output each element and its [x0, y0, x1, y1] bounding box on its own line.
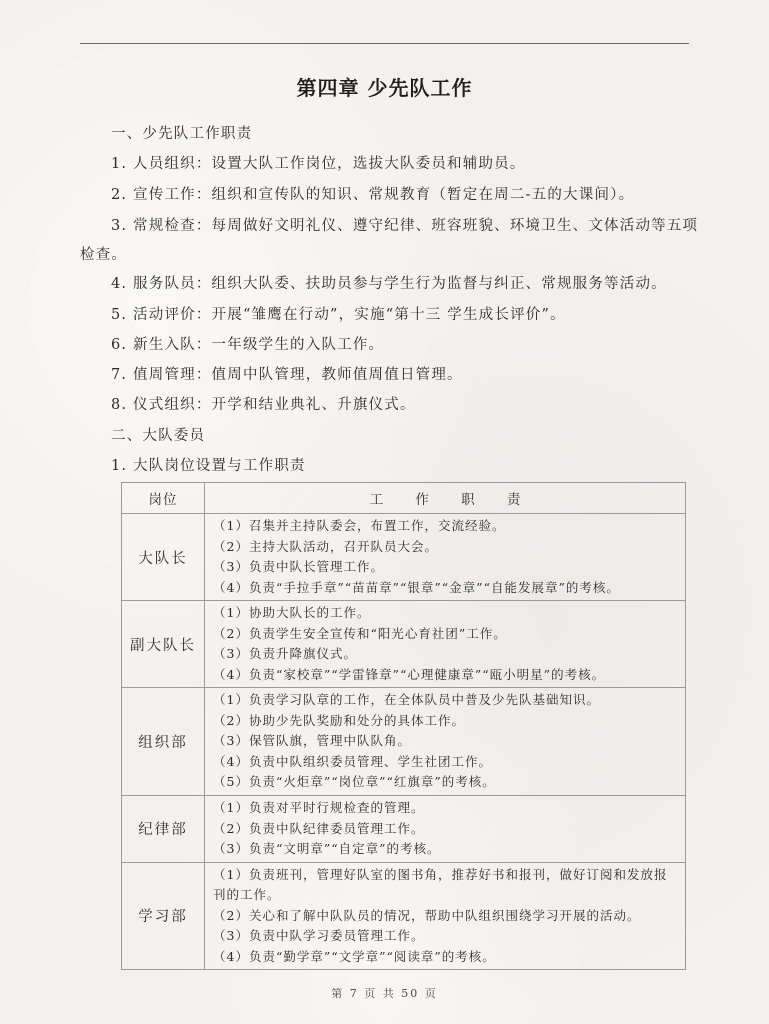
duty-line: （1）负责班刊，管理好队室的图书角，推荐好书和报刊，做好订阅和发放报刊的工作。	[213, 865, 675, 906]
position-cell: 纪律部	[122, 796, 205, 863]
list-item: 7. 值周管理：值周中队管理，教师值周值日管理。	[111, 363, 463, 384]
list-item: 5. 活动评价：开展“雏鹰在行动”，实施“第十三 学生成长评价”。	[111, 303, 566, 324]
table-row: 纪律部 （1）负责对平时行规检查的管理。 （2）负责中队纪律委员管理工作。 （3…	[122, 796, 686, 863]
duty-line: （1）召集并主持队委会，布置工作，交流经验。	[213, 516, 675, 537]
duties-cell: （1）负责对平时行规检查的管理。 （2）负责中队纪律委员管理工作。 （3）负责“…	[205, 796, 686, 863]
duty-table: 岗位 工 作 职 责 大队长 （1）召集并主持队委会，布置工作，交流经验。 （2…	[121, 482, 686, 970]
duties-cell: （1）协助大队长的工作。 （2）负责学生安全宣传和“阳光心育社团”工作。 （3）…	[205, 601, 686, 688]
list-item: 8. 仪式组织：开学和结业典礼、升旗仪式。	[111, 393, 416, 414]
duty-line: （4）负责“家校章”“学雷锋章”“心理健康章”“瓯小明星”的考核。	[213, 665, 675, 686]
duty-line: （5）负责“火炬章”“岗位章”“红旗章”的考核。	[213, 772, 675, 793]
duty-line: （2）负责中队纪律委员管理工作。	[213, 819, 675, 840]
position-cell: 副大队长	[122, 601, 205, 688]
section-heading-duties: 一、少先队工作职责	[111, 122, 252, 143]
table-row: 学习部 （1）负责班刊，管理好队室的图书角，推荐好书和报刊，做好订阅和发放报刊的…	[122, 862, 686, 970]
list-item: 2. 宣传工作：组织和宣传队的知识、常规教育（暂定在周二-五的大课间）。	[111, 183, 634, 204]
table-row: 副大队长 （1）协助大队长的工作。 （2）负责学生安全宣传和“阳光心育社团”工作…	[122, 601, 686, 688]
list-item: 4. 服务队员：组织大队委、扶助员参与学生行为监督与纠正、常规服务等活动。	[111, 272, 667, 293]
duty-line: （2）协助少先队奖励和处分的具体工作。	[213, 711, 675, 732]
chapter-title: 第四章 少先队工作	[0, 72, 769, 101]
duty-line: （1）协助大队长的工作。	[213, 603, 675, 624]
position-cell: 大队长	[122, 514, 205, 601]
subsection-heading: 1. 大队岗位设置与工作职责	[111, 454, 306, 475]
header-duties: 工 作 职 责	[205, 483, 686, 514]
duty-line: （2）关心和了解中队队员的情况，帮助中队组织围绕学习开展的活动。	[213, 906, 675, 927]
table-header-row: 岗位 工 作 职 责	[122, 483, 686, 514]
duties-cell: （1）负责学习队章的工作，在全体队员中普及少先队基础知识。 （2）协助少先队奖励…	[205, 688, 686, 796]
duty-line: （3）负责中队长管理工作。	[213, 557, 675, 578]
duty-line: （2）主持大队活动，召开队员大会。	[213, 537, 675, 558]
header-rule	[80, 43, 689, 44]
duty-line: （3）负责“文明章”“自定章”的考核。	[213, 839, 675, 860]
duty-line: （4）负责“手拉手章”“苗苗章”“银章”“金章”“自能发展章”的考核。	[213, 578, 675, 599]
duty-line: （4）负责“勤学章”“文学章”“阅读章”的考核。	[213, 947, 675, 968]
section-heading-committee: 二、大队委员	[111, 424, 205, 445]
table-row: 组织部 （1）负责学习队章的工作，在全体队员中普及少先队基础知识。 （2）协助少…	[122, 688, 686, 796]
list-item: 3. 常规检查：每周做好文明礼仪、遵守纪律、班容班貌、环境卫生、文体活动等五项	[111, 214, 698, 235]
header-position: 岗位	[122, 483, 205, 514]
list-item-continuation: 检查。	[80, 243, 127, 264]
duties-cell: （1）负责班刊，管理好队室的图书角，推荐好书和报刊，做好订阅和发放报刊的工作。 …	[205, 862, 686, 970]
duty-line: （3）负责中队学习委员管理工作。	[213, 926, 675, 947]
table-row: 大队长 （1）召集并主持队委会，布置工作，交流经验。 （2）主持大队活动，召开队…	[122, 514, 686, 601]
position-cell: 学习部	[122, 862, 205, 970]
position-cell: 组织部	[122, 688, 205, 796]
list-item: 1. 人员组织：设置大队工作岗位，选拔大队委员和辅助员。	[111, 152, 526, 173]
page-number-footer: 第 7 页 共 50 页	[0, 985, 769, 1001]
list-item: 6. 新生入队：一年级学生的入队工作。	[111, 333, 384, 354]
duty-line: （3）保管队旗，管理中队队角。	[213, 731, 675, 752]
duty-line: （1）负责学习队章的工作，在全体队员中普及少先队基础知识。	[213, 690, 675, 711]
duty-line: （3）负责升降旗仪式。	[213, 644, 675, 665]
duty-line: （1）负责对平时行规检查的管理。	[213, 798, 675, 819]
duty-line: （2）负责学生安全宣传和“阳光心育社团”工作。	[213, 624, 675, 645]
duty-line: （4）负责中队组织委员管理、学生社团工作。	[213, 752, 675, 773]
duties-cell: （1）召集并主持队委会，布置工作，交流经验。 （2）主持大队活动，召开队员大会。…	[205, 514, 686, 601]
